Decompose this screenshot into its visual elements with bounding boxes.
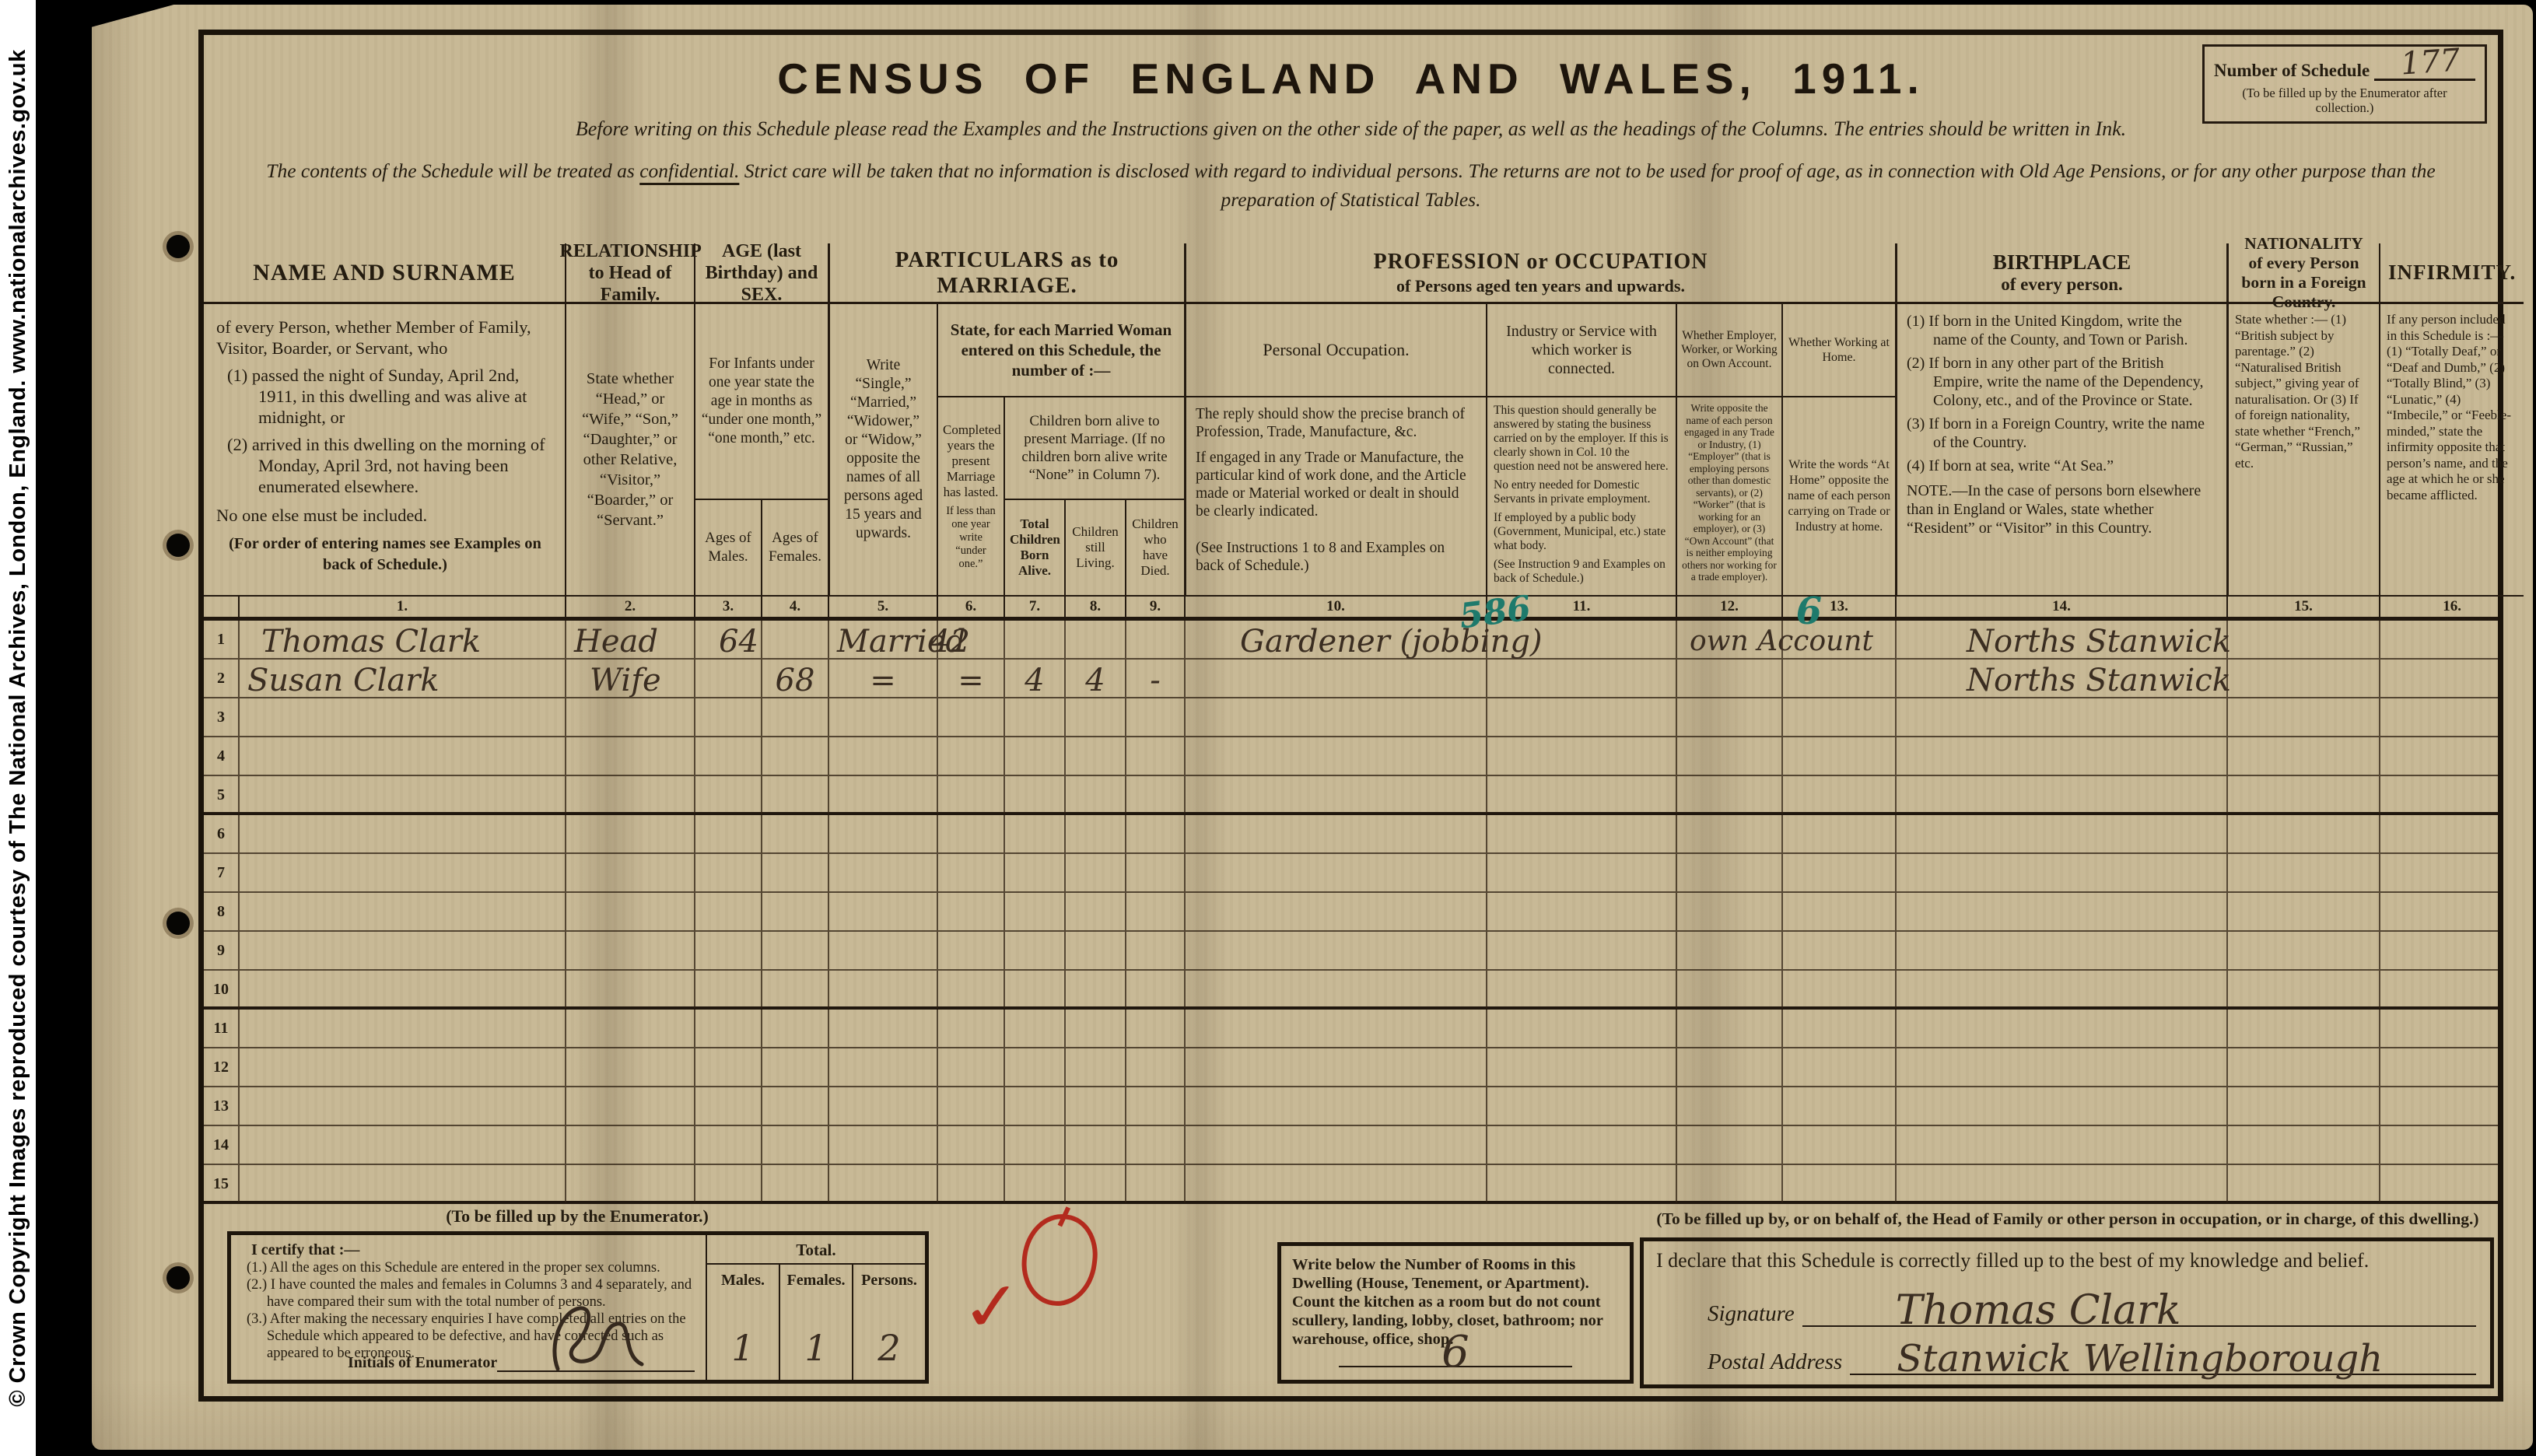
children-born-note: Children born alive to present Marriage.… [1004, 397, 1184, 500]
totals-title: Total. [707, 1235, 925, 1265]
postal-address-label: Postal Address [1708, 1349, 1850, 1375]
declaration-box: I declare that this Schedule is correctl… [1640, 1237, 2494, 1388]
birthplace-note: NOTE.—In the case of persons born elsewh… [1907, 481, 2217, 537]
punch-hole [166, 912, 190, 935]
cell-infirmity [2379, 660, 2498, 697]
col-header-profession: PROFESSION or OCCUPATION of Persons aged… [1184, 243, 1895, 304]
colnum-3: 3. [694, 595, 761, 617]
table-rows: 1 Thomas Clark Head 64 Married 42 Garden… [204, 617, 2498, 1204]
form-title: CENSUS OF ENGLAND AND WALES, 1911. [204, 35, 2498, 103]
cell-nationality [2226, 621, 2379, 658]
colnum-5: 5. [828, 595, 937, 617]
postal-address-value: Stanwick Wellingborough [1897, 1341, 2383, 1377]
cell-marriage-condition: = [828, 660, 937, 697]
form-header: CENSUS OF ENGLAND AND WALES, 1911. Numbe… [204, 35, 2498, 243]
table-row-14: 14 [204, 1126, 2498, 1165]
certify-item-1: (1.) All the ages on this Schedule are e… [240, 1259, 698, 1276]
red-circle-annotation [1017, 1210, 1102, 1311]
entry-children-born: 4 [1025, 663, 1044, 698]
table-row-12: 12 [204, 1048, 2498, 1087]
form-outer-frame: CENSUS OF ENGLAND AND WALES, 1911. Numbe… [198, 30, 2503, 1402]
col-header-relationship: RELATIONSHIP to Head of Family. [565, 243, 694, 304]
cell-relationship: Head [565, 621, 694, 658]
age-females-label: Ages of Females. [761, 500, 828, 595]
colnum-2: 2. [565, 595, 694, 617]
head-of-family-caption: (To be filled up by, or on behalf of, th… [1640, 1209, 2496, 1229]
colnum-blank [204, 595, 238, 617]
totals-males-value: 1 [731, 1330, 754, 1366]
marital-condition-description: Write “Single,” “Married,” “Widower,” or… [828, 304, 937, 595]
totals-persons-cell: 2 [852, 1296, 925, 1380]
colnum-9: 9. [1125, 595, 1184, 617]
colnum-1: 1. [238, 595, 565, 617]
cell-children-died: - [1125, 660, 1184, 697]
cell-employer-status: own Account6 [1676, 621, 1781, 658]
totals-males-cell: 1 [707, 1296, 779, 1380]
punch-hole [166, 235, 190, 258]
table-row-15: 15 [204, 1165, 2498, 1204]
row-number: 8 [204, 893, 238, 930]
cell-occupation [1184, 660, 1486, 697]
crown-copyright-text: © Crown Copyright Images reproduced cour… [5, 49, 31, 1407]
birthplace-i3: (3) If born in a Foreign Country, write … [1907, 415, 2217, 452]
nationality-description: State whether :— (1) “British subject by… [2226, 304, 2379, 595]
entry-relationship: Wife [590, 663, 661, 698]
totals-table: Total. Males. Females. Persons. 1 1 2 [706, 1235, 925, 1380]
row-number: 6 [204, 815, 238, 852]
crown-copyright-strip: © Crown Copyright Images reproduced cour… [0, 0, 36, 1456]
birthplace-title: BIRTHPLACE [1993, 250, 2131, 275]
colnum-8: 8. [1064, 595, 1125, 617]
rooms-box: Write below the Number of Rooms in this … [1277, 1242, 1634, 1384]
totals-females-label: Females. [779, 1265, 852, 1296]
cell-at-home [1781, 660, 1895, 697]
postal-address-row: Postal Address Stanwick Wellingborough [1656, 1335, 2476, 1375]
cell-nationality [2226, 660, 2379, 697]
colnum-12: 12. [1676, 595, 1781, 617]
schedule-number-label: Number of Schedule [2214, 61, 2370, 81]
birthplace-i2: (2) If born in any other part of the Bri… [1907, 354, 2217, 410]
entry-age-female: 68 [776, 663, 815, 698]
totals-persons-value: 2 [877, 1330, 900, 1366]
children-died-label: Children who have Died. [1125, 500, 1184, 595]
initials-label: Initials of Enumerator [348, 1354, 497, 1372]
working-at-home-description: Write the words “At Home” opposite the n… [1781, 397, 1895, 595]
colnum-6: 6. [937, 595, 1004, 617]
profession-title: PROFESSION or OCCUPATION [1373, 250, 1708, 275]
col-header-marriage: PARTICULARS as to MARRIAGE. [828, 243, 1184, 304]
entry-name: Thomas Clark [261, 624, 481, 660]
cell-children-died [1125, 621, 1184, 658]
cell-age-male [694, 660, 761, 697]
married-woman-note: State, for each Married Woman entered on… [937, 304, 1184, 397]
table-row-5: 5 [204, 776, 2498, 815]
marriage-years-main: Completed years the present Marriage has… [943, 422, 999, 500]
schedule-number-line: 177 [2374, 54, 2475, 81]
name-desc-item1: (1) passed the night of Sunday, April 2n… [216, 365, 554, 428]
cell-name: Thomas Clark [238, 621, 565, 658]
industry-p2: No entry needed for Domestic Servants in… [1494, 478, 1669, 506]
colnum-15: 15. [2226, 595, 2379, 617]
punch-hole [166, 1266, 190, 1290]
row-number: 12 [204, 1048, 238, 1086]
infirmity-description: If any person included in this Schedule … [2379, 304, 2524, 595]
table-row-3: 3 [204, 698, 2498, 737]
name-desc-intro: of every Person, whether Member of Famil… [216, 317, 554, 359]
table-row-8: 8 [204, 893, 2498, 932]
col-header-birthplace: BIRTHPLACE of every person. [1895, 243, 2226, 304]
working-at-home-label: Whether Working at Home. [1781, 304, 1895, 397]
entry-children-living: 4 [1085, 663, 1105, 698]
row-number: 1 [204, 621, 238, 658]
punch-hole [166, 534, 190, 557]
cell-age-female [761, 621, 828, 658]
confidential-underlined: confidential. [639, 159, 739, 182]
row-number: 11 [204, 1010, 238, 1047]
colnum-16: 16. [2379, 595, 2524, 617]
cell-age-female: 68 [761, 660, 828, 697]
row-number: 13 [204, 1087, 238, 1125]
confidential-pre: The contents of the Schedule will be tre… [266, 159, 639, 182]
row-number: 4 [204, 737, 238, 775]
form-footer: (To be filled up by the Enumerator.) I c… [204, 1200, 2498, 1396]
name-desc-note1: No one else must be included. [216, 505, 554, 526]
paper-corner-fold [91, 4, 177, 27]
entry-employer-status: own Account [1690, 624, 1873, 660]
relationship-description: State whether “Head,” or “Wife,” “Son,” … [565, 304, 694, 595]
industry-description: This question should generally be answer… [1486, 397, 1676, 595]
postal-address-line: Stanwick Wellingborough [1850, 1335, 2476, 1375]
cell-infirmity [2379, 621, 2498, 658]
children-total-label: Total Children Born Alive. [1004, 500, 1064, 595]
table-row-2: 2 Susan Clark Wife 68 = = 4 4 - [204, 660, 2498, 698]
signature-value: Thomas Clark [1896, 1293, 2181, 1328]
birthplace-description: (1) If born in the United Kingdom, write… [1895, 304, 2226, 595]
entry-condition: = [870, 663, 896, 698]
birthplace-subtitle: of every person. [2001, 275, 2123, 295]
table-row-9: 9 [204, 932, 2498, 971]
marriage-years-description: Completed years the present Marriage has… [937, 397, 1004, 595]
entry-years: 42 [930, 624, 970, 660]
cell-marriage-years: 42 [937, 621, 1004, 658]
confidential-notice: The contents of the Schedule will be tre… [204, 156, 2498, 214]
col-header-infirmity: INFIRMITY. [2379, 243, 2524, 304]
industry-p1: This question should generally be answer… [1494, 404, 1669, 474]
occupation-p1: The reply should show the precise branch… [1196, 405, 1476, 441]
children-living-label: Children still Living. [1064, 500, 1125, 595]
census-table: NAME AND SURNAME RELATIONSHIP to Head of… [204, 243, 2498, 1204]
cell-employer-status [1676, 660, 1781, 697]
table-row-6: 6 [204, 815, 2498, 854]
row-number: 14 [204, 1126, 238, 1164]
schedule-number-value: 177 [2400, 42, 2461, 82]
schedule-number-box: Number of Schedule 177 (To be filled up … [2202, 44, 2487, 124]
col-header-nationality: NATIONALITY of every Person born in a Fo… [2226, 243, 2379, 304]
row-number: 9 [204, 932, 238, 969]
table-row-4: 4 [204, 737, 2498, 776]
entry-birthplace: Norths Stanwick [1967, 624, 2231, 660]
row-number: 2 [204, 660, 238, 697]
declaration-text: I declare that this Schedule is correctl… [1656, 1249, 2476, 1272]
personal-occupation-label: Personal Occupation. [1184, 304, 1486, 397]
red-check-annotation: ✓ [957, 1265, 1028, 1348]
employer-code-annotation: 6 [1796, 590, 1822, 633]
cell-marriage-condition: Married [828, 621, 937, 658]
totals-persons-label: Persons. [852, 1265, 925, 1296]
name-desc-note2: (For order of entering names see Example… [216, 534, 554, 576]
industry-p3: If employed by a public body (Government… [1494, 511, 1669, 553]
table-row-10: 10 [204, 971, 2498, 1010]
employer-worker-description: Write opposite the name of each person e… [1676, 397, 1781, 595]
table-row-11: 11 [204, 1010, 2498, 1048]
instruction-line: Before writing on this Schedule please r… [204, 117, 2498, 141]
profession-subtitle: of Persons aged ten years and upwards. [1396, 276, 1685, 296]
rooms-value-line: 6 [1339, 1325, 1572, 1367]
cell-birthplace: Norths Stanwick [1895, 660, 2226, 697]
row-number: 3 [204, 698, 238, 736]
colnum-7: 7. [1004, 595, 1064, 617]
entry-years: = [958, 663, 984, 698]
col-header-name: NAME AND SURNAME [204, 243, 565, 304]
enumerator-certificate-box: I certify that :— (1.) All the ages on t… [227, 1231, 929, 1384]
cell-marriage-years: = [937, 660, 1004, 697]
colnum-14: 14. [1895, 595, 2226, 617]
colnum-10: 10. [1184, 595, 1486, 617]
row-number: 15 [204, 1165, 238, 1202]
table-row-7: 7 [204, 854, 2498, 893]
occupation-p2: If engaged in any Trade or Manufacture, … [1196, 449, 1476, 520]
age-males-label: Ages of Males. [694, 500, 761, 595]
enumerator-caption: (To be filled up by the Enumerator.) [227, 1206, 927, 1227]
name-desc-item2: (2) arrived in this dwelling on the morn… [216, 434, 554, 497]
enumerator-initials-signature [534, 1300, 659, 1378]
entry-relationship: Head [574, 624, 658, 660]
cell-children-living: 4 [1064, 660, 1125, 697]
signature-line: Thomas Clark [1802, 1286, 2476, 1327]
cell-birthplace: Norths Stanwick [1895, 621, 2226, 658]
rooms-value: 6 [1441, 1335, 1469, 1370]
row-number: 7 [204, 854, 238, 891]
age-infants-note: For Infants under one year state the age… [694, 304, 828, 500]
confidential-post: Strict care will be taken that no inform… [739, 159, 2435, 211]
certify-intro: I certify that :— [240, 1241, 698, 1259]
entry-name: Susan Clark [247, 663, 440, 698]
occupation-p3: (See Instructions 1 to 8 and Examples on… [1196, 539, 1476, 575]
schedule-number-note: (To be filled up by the Enumerator after… [2214, 86, 2475, 115]
cell-age-male: 64 [694, 621, 761, 658]
birthplace-i1: (1) If born in the United Kingdom, write… [1907, 312, 2217, 349]
industry-label: Industry or Service with which worker is… [1486, 304, 1676, 397]
census-schedule-paper: CENSUS OF ENGLAND AND WALES, 1911. Numbe… [92, 5, 2533, 1450]
cell-name: Susan Clark [238, 660, 565, 697]
table-row-13: 13 [204, 1087, 2498, 1126]
cell-industry [1486, 660, 1676, 697]
entry-birthplace: Norths Stanwick [1967, 663, 2231, 698]
cell-children-living [1064, 621, 1125, 658]
colnum-4: 4. [761, 595, 828, 617]
name-column-description: of every Person, whether Member of Famil… [204, 304, 565, 595]
totals-males-label: Males. [707, 1265, 779, 1296]
signature-label: Signature [1708, 1301, 1802, 1327]
signature-row: Signature Thomas Clark [1656, 1286, 2476, 1327]
entry-age-male: 64 [719, 624, 758, 660]
row-number: 5 [204, 776, 238, 814]
cell-children-born: 4 [1004, 660, 1064, 697]
cell-relationship: Wife [565, 660, 694, 697]
employer-worker-label: Whether Employer, Worker, or Working on … [1676, 304, 1781, 397]
table-row-1: 1 Thomas Clark Head 64 Married 42 Garden… [204, 621, 2498, 660]
personal-occupation-description: The reply should show the precise branch… [1184, 397, 1486, 595]
birthplace-i4: (4) If born at sea, write “At Sea.” [1907, 457, 2217, 475]
totals-females-value: 1 [804, 1330, 827, 1366]
entry-children-died: - [1150, 663, 1161, 698]
table-header: NAME AND SURNAME RELATIONSHIP to Head of… [204, 243, 2498, 617]
cell-occupation: Gardener (jobbing)586 [1184, 621, 1486, 658]
cell-children-born [1004, 621, 1064, 658]
industry-p4: (See Instruction 9 and Examples on back … [1494, 558, 1669, 586]
certificate-text: I certify that :— (1.) All the ages on t… [231, 1235, 706, 1380]
totals-females-cell: 1 [779, 1296, 852, 1380]
marriage-years-note: If less than one year write “under one.” [943, 505, 999, 571]
row-number: 10 [204, 971, 238, 1008]
col-header-age: AGE (last Birthday) and SEX. [694, 243, 828, 304]
